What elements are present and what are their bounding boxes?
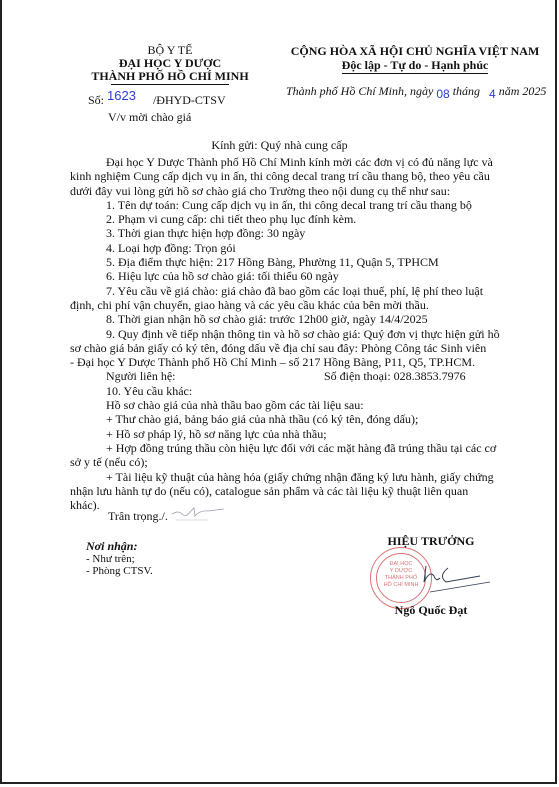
list-item: 6. Hiệu lực của hồ sơ chào giá: tối thiể… (70, 269, 510, 283)
recipient-item: - Như trên; (86, 553, 153, 566)
university-name-line2: THÀNH PHỐ HỒ CHÍ MINH (70, 70, 270, 83)
list-item: 8. Thời gian nhận hồ sơ chào giá: trước … (70, 312, 510, 326)
list-item: 3. Thời gian thực hiện hợp đồng: 30 ngày (70, 226, 510, 240)
doc-item: + Tài liệu kỹ thuật của hàng hóa (giấy c… (70, 470, 510, 484)
country-name: CỘNG HÒA XÃ HỘI CHỦ NGHĨA VIỆT NAM (280, 44, 550, 58)
recipients: Nơi nhận: - Như trên; - Phòng CTSV. (86, 540, 153, 578)
list-item: 5. Địa điểm thực hiện: 217 Hồng Bàng, Ph… (70, 255, 510, 269)
doc-item: + Hồ sơ pháp lý, hồ sơ năng lực của nhà … (70, 427, 510, 441)
date-prefix: Thành phố Hồ Chí Minh, ngày (286, 84, 433, 98)
number-suffix: /ĐHYD-CTSV (153, 93, 226, 107)
signer-position: HIỆU TRƯỞNG (356, 534, 506, 549)
doc-item: + Hợp đồng trúng thầu còn hiệu lực đối v… (70, 441, 510, 455)
phone-number: Số điện thoại: 028.3853.7976 (324, 369, 466, 383)
list-item-cont: định, chi phí vận chuyển, giao hàng và c… (70, 298, 510, 312)
contact-label: Người liên hệ: (106, 369, 176, 383)
intro-line: dưới đây vui lòng gửi hồ sơ chào giá cho… (70, 184, 510, 198)
document-number: Số: 1623 /ĐHYD-CTSV (88, 92, 226, 108)
handwritten-signature-icon (420, 560, 500, 600)
date-month: 4 (489, 87, 496, 101)
list-item: 7. Yêu cầu về giá chào: giá chào đã bao … (70, 284, 510, 298)
list-item: 1. Tên dự toán: Cung cấp dịch vụ in ấn, … (70, 198, 510, 212)
list-item-cont: - Đại học Y Dược Thành phố Hồ Chí Minh –… (70, 355, 510, 369)
letter-body: Đại học Y Dược Thành phố Hồ Chí Minh kín… (70, 155, 510, 512)
contact-line: Người liên hệ: Số điện thoại: 028.3853.7… (70, 369, 510, 383)
header-divider (111, 84, 229, 85)
number-label: Số: (88, 93, 104, 107)
month-label: tháng (453, 84, 480, 98)
list-item: 4. Loại hợp đồng: Trọn gói (70, 241, 510, 255)
year-label: năm 2025 (499, 84, 547, 98)
document-date: Thành phố Hồ Chí Minh, ngày 08 tháng 4 n… (286, 84, 546, 99)
doc-item-cont: sở y tế (nếu có); (70, 455, 510, 469)
issuer-header: BỘ Y TẾ ĐẠI HỌC Y DƯỢC THÀNH PHỐ HỒ CHÍ … (70, 44, 270, 85)
list-item: 2. Phạm vi cung cấp: chi tiết theo phụ l… (70, 212, 510, 226)
document-subject: V/v mời chào giá (108, 110, 191, 125)
doc-item: + Thư chào giá, bảng báo giá của nhà thầ… (70, 412, 510, 426)
recipient-item: - Phòng CTSV. (86, 565, 153, 578)
closing: Trân trọng./. (108, 509, 168, 524)
date-day: 08 (436, 87, 449, 101)
list-item: 10. Yêu cầu khác: (70, 384, 510, 398)
doc-item-cont: nhận lưu hành tự do (nếu có), catalogue … (70, 484, 510, 498)
intro-line: Đại học Y Dược Thành phố Hồ Chí Minh kín… (70, 155, 510, 169)
national-header: CỘNG HÒA XÃ HỘI CHỦ NGHĨA VIỆT NAM Độc l… (280, 44, 550, 74)
national-motto: Độc lập - Tự do - Hạnh phúc (342, 58, 489, 74)
list-item: 9. Quy định về tiếp nhận thông tin và hồ… (70, 327, 510, 341)
docs-intro: Hồ sơ chào giá của nhà thầu bao gồm các … (70, 398, 510, 412)
recipients-title: Nơi nhận: (86, 540, 153, 553)
initials-signature-icon (168, 502, 228, 522)
salutation: Kính gửi: Quý nhà cung cấp (0, 138, 559, 153)
number-value: 1623 (107, 88, 136, 103)
signer-name: Ngô Quốc Đạt (356, 603, 506, 618)
list-item-cont: sơ chào giá bản giấy có ký tên, đóng dấu… (70, 341, 510, 355)
intro-line: kinh nghiệm Cung cấp dịch vụ in ấn, thi … (70, 169, 510, 183)
